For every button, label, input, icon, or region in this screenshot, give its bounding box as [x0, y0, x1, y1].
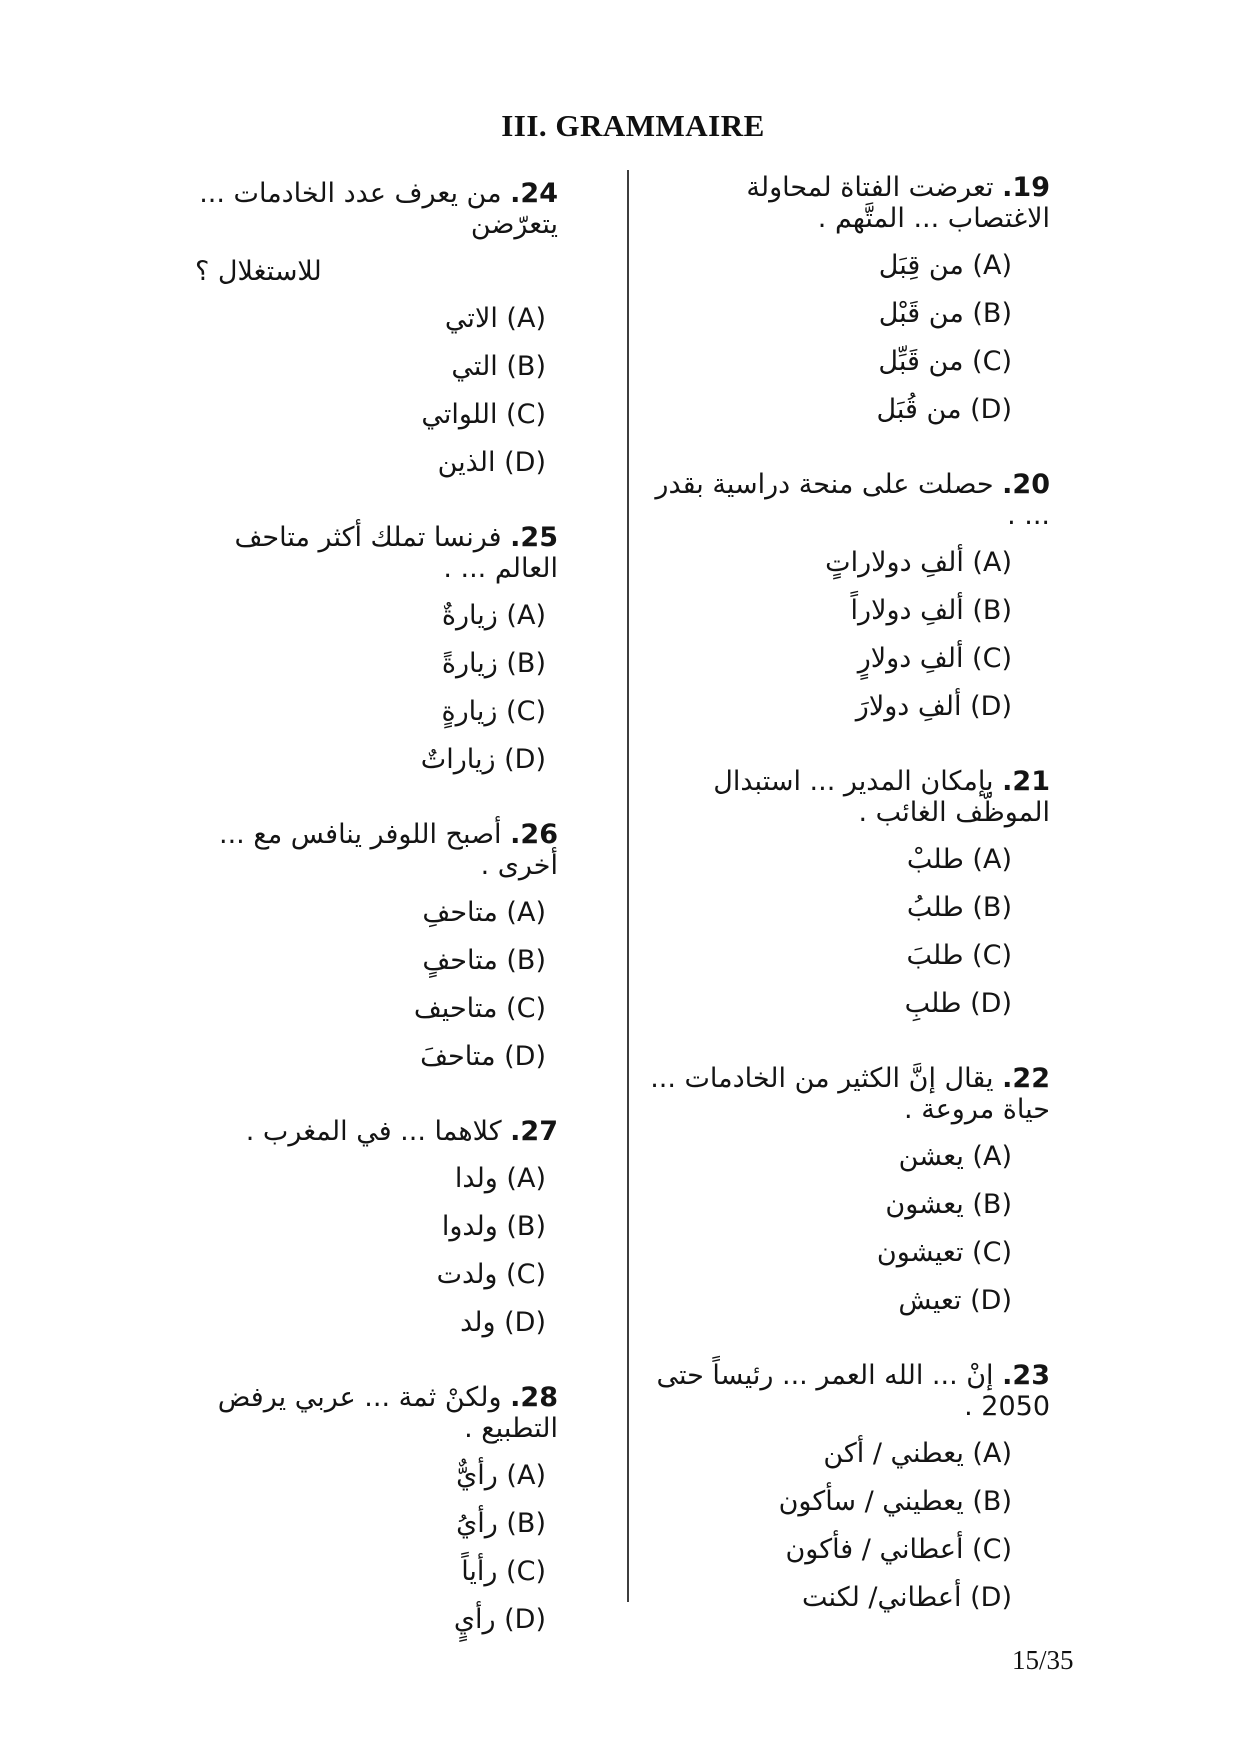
question-19-option-d: (D) من قُبَل: [640, 394, 1050, 425]
question-26-number: 26.: [510, 819, 558, 850]
question-24: 24. من يعرف عدد الخادمات ... يتعرّضن للا…: [168, 178, 558, 478]
question-24-option-d: (D) الذين: [168, 447, 558, 478]
question-28-option-c: (C) رأياً: [168, 1556, 558, 1587]
question-27-number: 27.: [510, 1116, 558, 1147]
question-26-stem: أصبح اللوفر ينافس مع ... أخرى .: [219, 819, 558, 881]
question-22-option-c: (C) تعيشون: [640, 1237, 1050, 1268]
question-20-option-d: (D) ألفِ دولارَ: [640, 691, 1050, 722]
question-28-option-d: (D) رأيٍ: [168, 1604, 558, 1635]
question-22-text: 22. يقال إنَّ الكثير من الخادمات ... حيا…: [640, 1063, 1050, 1125]
question-20: 20. حصلت على منحة دراسية بقدر ... . (A) …: [640, 469, 1050, 722]
question-19-number: 19.: [1002, 172, 1050, 203]
question-21: 21. بإمكان المدير ... استبدال الموظّف ال…: [640, 766, 1050, 1019]
question-22-option-b: (B) يعشون: [640, 1189, 1050, 1220]
question-26-option-a: (A) متاحفِ: [168, 897, 558, 928]
question-26-option-b: (B) متاحفٍ: [168, 945, 558, 976]
question-25-option-d: (D) زياراتٌ: [168, 744, 558, 775]
question-21-number: 21.: [1002, 766, 1050, 797]
question-20-option-a: (A) ألفِ دولاراتٍ: [640, 547, 1050, 578]
question-20-number: 20.: [1002, 469, 1050, 500]
question-22-number: 22.: [1002, 1063, 1050, 1094]
question-19-option-b: (B) من قَبْل: [640, 298, 1050, 329]
question-20-option-b: (B) ألفِ دولاراً: [640, 595, 1050, 626]
question-27-stem: كلاهما ... في المغرب .: [246, 1116, 502, 1147]
question-23-text: 23. إنْ ... الله العمر ... رئيساً حتى 20…: [640, 1360, 1050, 1422]
page-number: 15/35: [1012, 1645, 1074, 1676]
question-19: 19. تعرضت الفتاة لمحاولة الاغتصاب ... ال…: [640, 172, 1050, 425]
question-24-number: 24.: [510, 178, 558, 209]
question-19-option-a: (A) من قِبَل: [640, 250, 1050, 281]
questions-column-left: 24. من يعرف عدد الخادمات ... يتعرّضن للا…: [168, 178, 558, 1679]
question-25-option-c: (C) زيارةٍ: [168, 696, 558, 727]
question-26-text: 26. أصبح اللوفر ينافس مع ... أخرى .: [168, 819, 558, 881]
question-23-stem: إنْ ... الله العمر ... رئيساً حتى 2050 .: [656, 1360, 1050, 1422]
question-24-option-b: (B) التي: [168, 351, 558, 382]
question-21-option-a: (A) طلبْ: [640, 844, 1050, 875]
question-22: 22. يقال إنَّ الكثير من الخادمات ... حيا…: [640, 1063, 1050, 1316]
question-24-option-c: (C) اللواتي: [168, 399, 558, 430]
questions-column-right: 19. تعرضت الفتاة لمحاولة الاغتصاب ... ال…: [640, 172, 1050, 1657]
question-28-option-b: (B) رأيُ: [168, 1508, 558, 1539]
question-21-stem: بإمكان المدير ... استبدال الموظّف الغائب…: [713, 766, 1050, 828]
question-28-option-a: (A) رأيٌّ: [168, 1460, 558, 1491]
question-23-number: 23.: [1002, 1360, 1050, 1391]
question-24-text: 24. من يعرف عدد الخادمات ... يتعرّضن: [168, 178, 558, 240]
question-27-option-a: (A) ولدا: [168, 1163, 558, 1194]
question-20-text: 20. حصلت على منحة دراسية بقدر ... .: [640, 469, 1050, 531]
question-25: 25. فرنسا تملك أكثر متاحف العالم ... . (…: [168, 522, 558, 775]
question-21-option-c: (C) طلبَ: [640, 940, 1050, 971]
question-21-text: 21. بإمكان المدير ... استبدال الموظّف ال…: [640, 766, 1050, 828]
question-25-text: 25. فرنسا تملك أكثر متاحف العالم ... .: [168, 522, 558, 584]
question-21-option-b: (B) طلبُ: [640, 892, 1050, 923]
section-heading: III. GRAMMAIRE: [0, 108, 1252, 144]
question-20-stem: حصلت على منحة دراسية بقدر ... .: [655, 469, 1050, 531]
question-26-option-c: (C) متاحيف: [168, 993, 558, 1024]
question-20-option-c: (C) ألفِ دولارٍ: [640, 643, 1050, 674]
question-22-option-d: (D) تعيش: [640, 1285, 1050, 1316]
question-22-option-a: (A) يعشن: [640, 1141, 1050, 1172]
question-24-text-line2: للاستغلال ؟: [168, 256, 558, 287]
question-28: 28. ولكنْ ثمة ... عربي يرفض التطبيع . (A…: [168, 1382, 558, 1635]
question-22-stem: يقال إنَّ الكثير من الخادمات ... حياة مر…: [650, 1063, 1050, 1125]
question-26: 26. أصبح اللوفر ينافس مع ... أخرى . (A) …: [168, 819, 558, 1072]
question-25-option-a: (A) زيارةٌ: [168, 600, 558, 631]
question-24-stem: من يعرف عدد الخادمات ... يتعرّضن: [199, 178, 558, 240]
question-27-option-c: (C) ولدت: [168, 1259, 558, 1290]
question-28-text: 28. ولكنْ ثمة ... عربي يرفض التطبيع .: [168, 1382, 558, 1444]
question-25-option-b: (B) زيارةً: [168, 648, 558, 679]
question-27-option-b: (B) ولدوا: [168, 1211, 558, 1242]
question-19-text: 19. تعرضت الفتاة لمحاولة الاغتصاب ... ال…: [640, 172, 1050, 234]
question-23-option-d: (D) أعطاني/ لكنت: [640, 1582, 1050, 1613]
question-19-option-c: (C) من قَبِّل: [640, 346, 1050, 377]
question-27-text: 27. كلاهما ... في المغرب .: [168, 1116, 558, 1147]
column-divider: [627, 170, 629, 1602]
question-23-option-c: (C) أعطاني / فأكون: [640, 1534, 1050, 1565]
question-21-option-d: (D) طلبِ: [640, 988, 1050, 1019]
question-24-option-a: (A) الاتي: [168, 303, 558, 334]
question-23: 23. إنْ ... الله العمر ... رئيساً حتى 20…: [640, 1360, 1050, 1613]
exam-page: III. GRAMMAIRE 19. تعرضت الفتاة لمحاولة …: [0, 0, 1252, 1757]
question-27: 27. كلاهما ... في المغرب . (A) ولدا (B) …: [168, 1116, 558, 1338]
question-28-number: 28.: [510, 1382, 558, 1413]
question-28-stem: ولكنْ ثمة ... عربي يرفض التطبيع .: [218, 1382, 558, 1444]
question-25-number: 25.: [510, 522, 558, 553]
question-27-option-d: (D) ولد: [168, 1307, 558, 1338]
question-26-option-d: (D) متاحفَ: [168, 1041, 558, 1072]
question-23-option-a: (A) يعطني / أكن: [640, 1438, 1050, 1469]
question-23-option-b: (B) يعطيني / سأكون: [640, 1486, 1050, 1517]
